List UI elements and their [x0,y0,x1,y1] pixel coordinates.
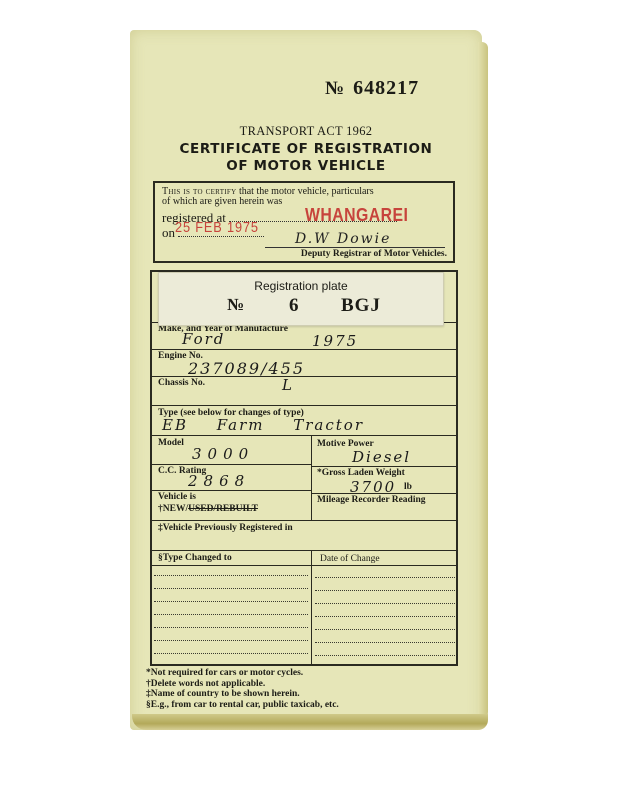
act-heading: TRANSPORT ACT 1962 [130,124,482,139]
gross-weight-label: *Gross Laden Weight [317,468,405,478]
document-title-line2: OF MOTOR VEHICLE [130,158,482,174]
plate-number-symbol: № [227,295,244,315]
plate-number: 6 [289,295,299,317]
signature: D.W Dowie [295,231,391,247]
cc-rating-value: 2868 [188,472,250,490]
registration-plate-label: Registration plate № 6 BGJ [158,272,444,326]
previously-registered-label: ‡Vehicle Previously Registered in [158,523,293,533]
plate-title: Registration plate [159,279,443,293]
year-value: 1975 [312,332,358,350]
signatory-title: Deputy Registrar of Motor Vehicles. [301,249,447,259]
make-value: Ford [182,330,225,348]
chassis-value: L [282,376,294,394]
document-title: CERTIFICATE OF REGISTRATION [130,141,482,157]
footnote: §E.g., from car to rental car, public ta… [146,700,339,711]
certification-box: This is to certify that the motor vehicl… [153,181,455,263]
struck-options: USED/REBUILT [188,504,258,514]
mileage-label: Mileage Recorder Reading [317,495,426,505]
signature-line [265,247,445,248]
model-label: Model [158,438,184,448]
on-label: on [162,225,175,240]
number-symbol: № [325,78,345,99]
footnotes: *Not required for cars or motor cycles. … [146,668,339,710]
date-of-change-header: Date of Change [320,554,380,564]
serial-value: 648217 [353,77,419,99]
chassis-label: Chassis No. [158,378,205,388]
footnote: †Delete words not applicable. [146,679,339,690]
registration-place-stamp: WHANGAREI [305,205,408,226]
footnote: *Not required for cars or motor cycles. [146,668,339,679]
type-changed-header: §Type Changed to [158,553,232,563]
gross-weight-unit: lb [404,482,412,492]
certification-text-line2: of which are given herein was [162,196,282,207]
serial-number: №648217 [325,77,419,100]
vehicle-details-table: Make, and Year of Manufacture Ford 1975 … [150,270,458,666]
vehicle-is-label: Vehicle is [158,492,196,502]
paper-edge [132,714,488,730]
model-value: 3000 [192,445,254,463]
motive-power-value: Diesel [352,448,411,466]
plate-letters: BGJ [341,295,381,317]
vehicle-condition: †NEW/USED/REBUILT [158,504,258,514]
date-stamp: 25 FEB 1975 [175,219,259,236]
type-value: EB Farm Tractor [162,416,364,434]
footnote: ‡Name of country to be shown herein. [146,689,339,700]
